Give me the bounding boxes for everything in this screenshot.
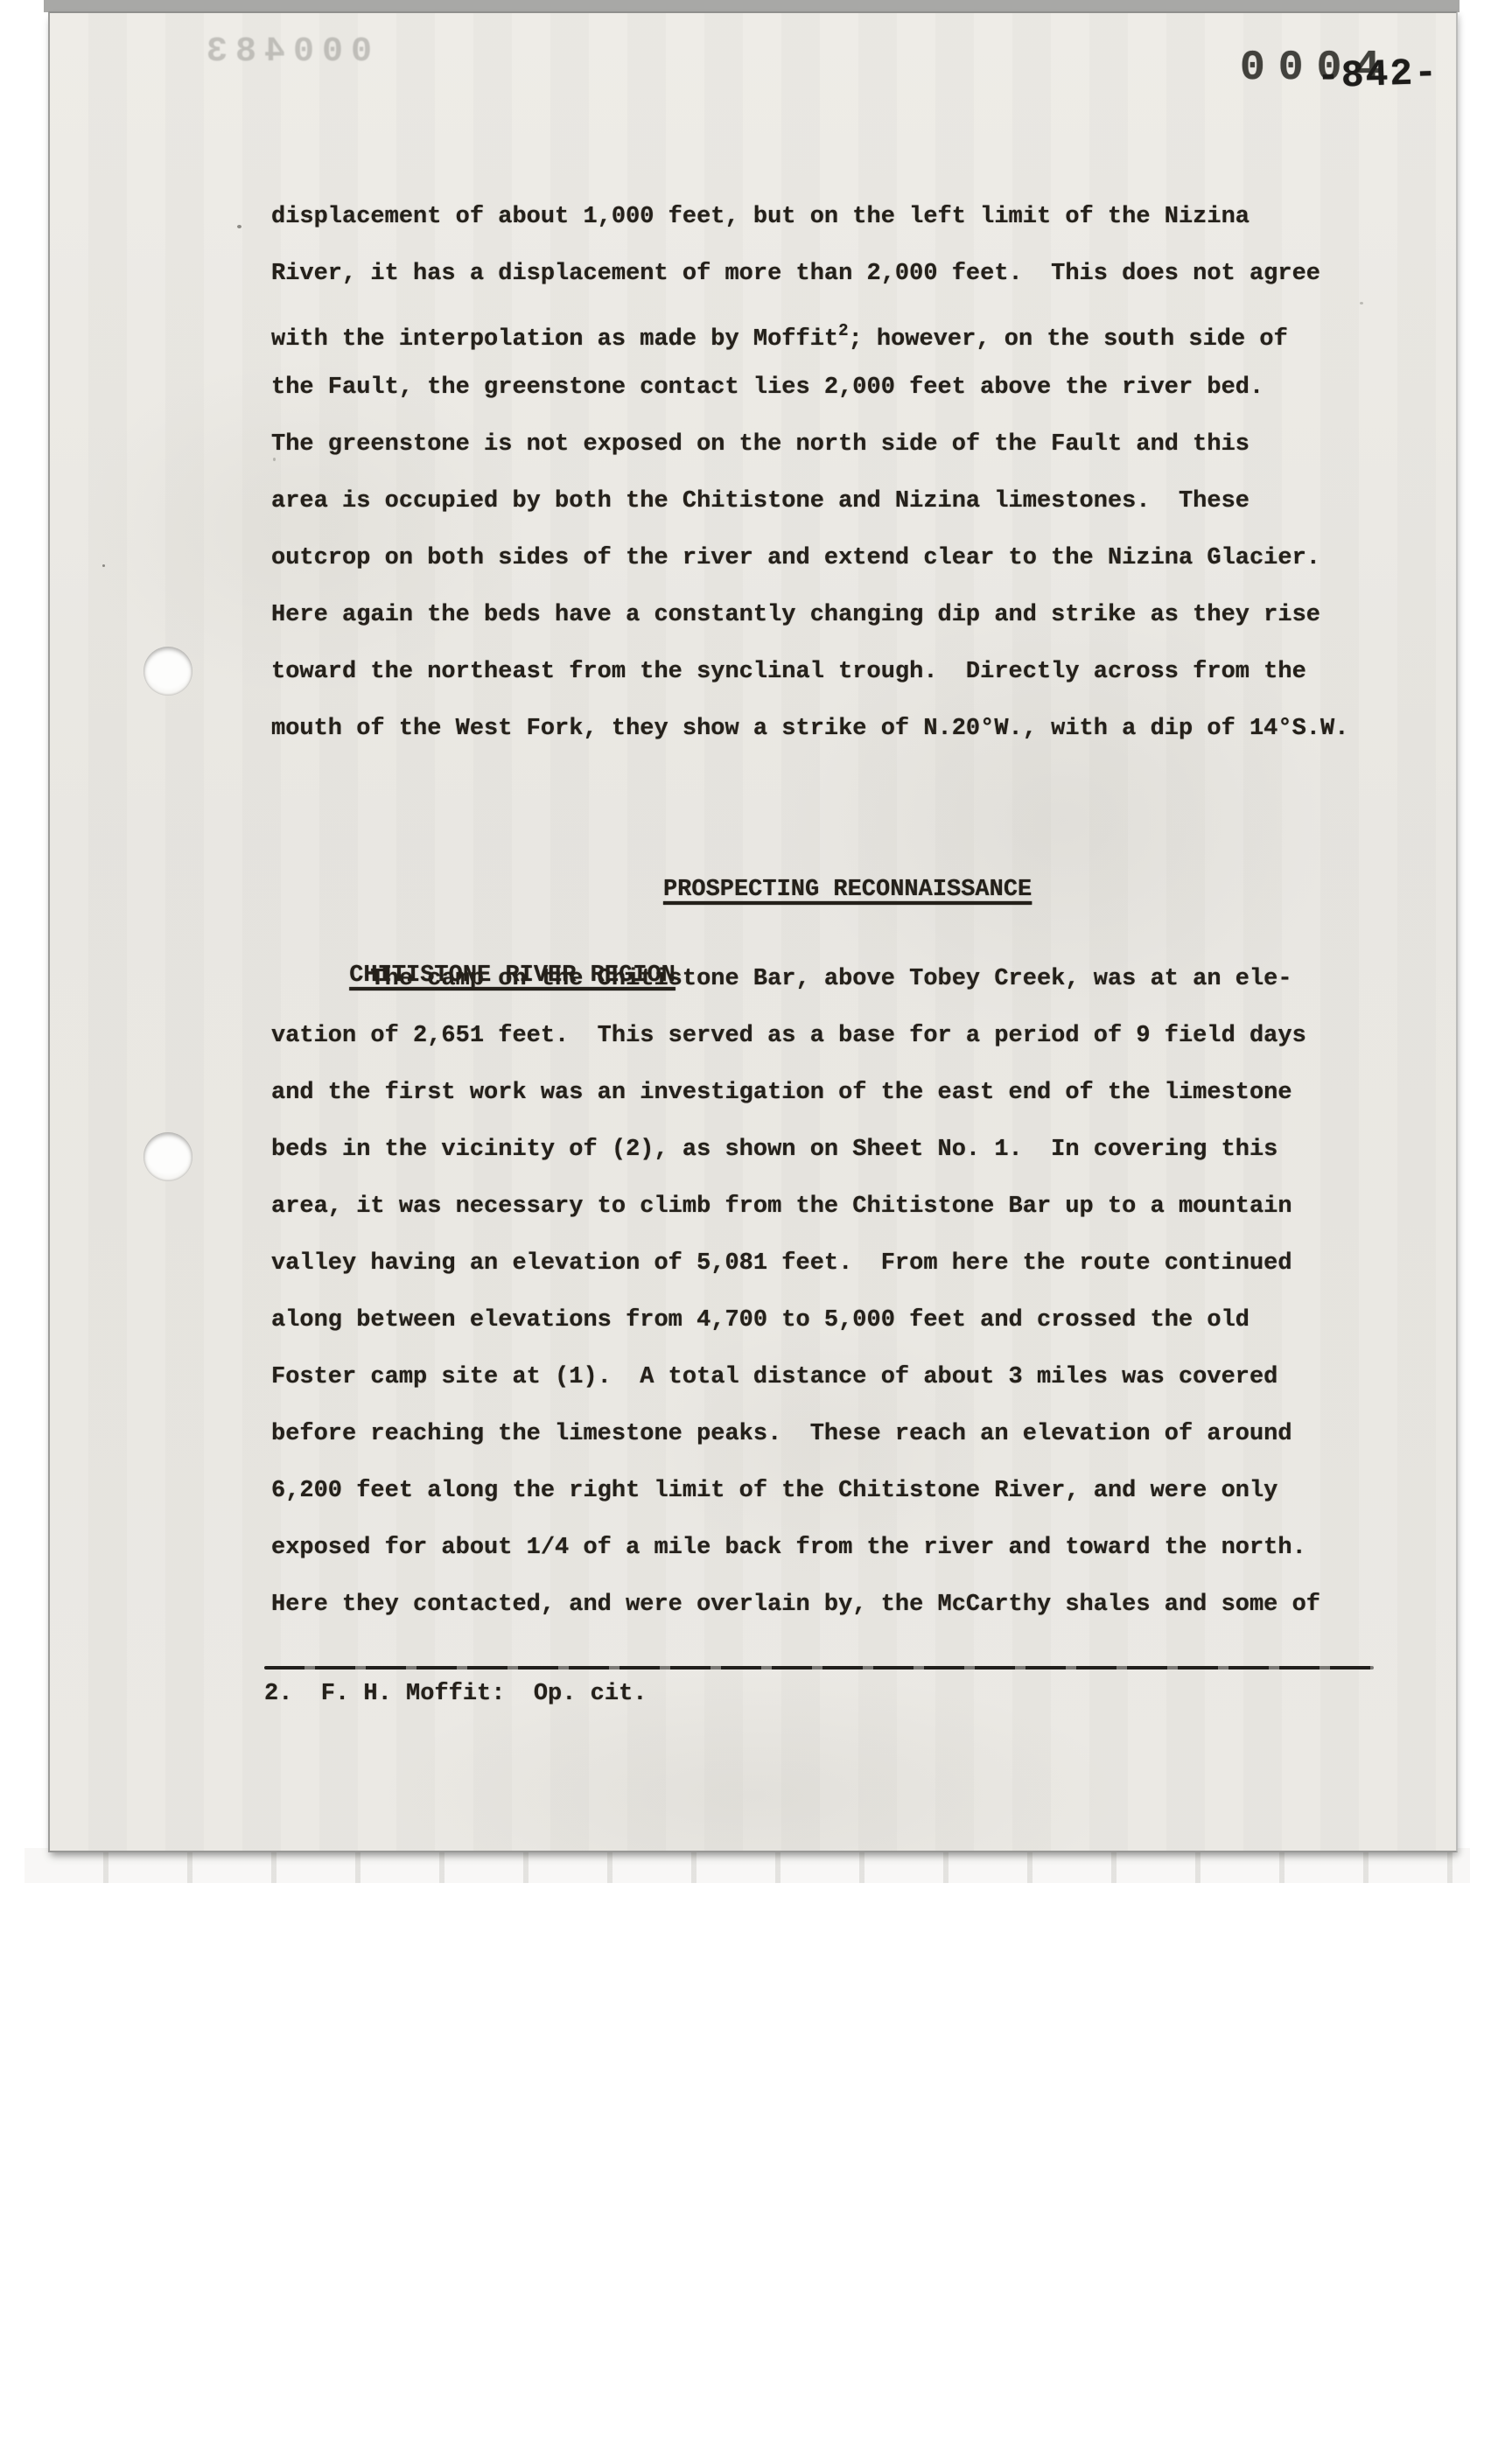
text-line: before reaching the limestone peaks. The… [271, 1406, 1400, 1463]
paragraph-2: The camp on the Chitistone Bar, above To… [271, 951, 1400, 1634]
section-heading-text: PROSPECTING RECONNAISSANCE [663, 877, 1032, 903]
dust-speck [102, 564, 105, 567]
text-line: River, it has a displacement of more tha… [271, 246, 1400, 303]
text-line: outcrop on both sides of the river and e… [271, 530, 1400, 587]
text-segment: ; however, on the south side of [849, 326, 1288, 353]
footnote-separator [264, 1666, 1374, 1669]
scanned-document: 000483 0004 -842- displacement of about … [0, 0, 1512, 2450]
text-line: 6,200 feet along the right limit of the … [271, 1463, 1400, 1520]
text-line: The greenstone is not exposed on the nor… [271, 416, 1400, 473]
text-line: Here they contacted, and were overlain b… [271, 1577, 1400, 1634]
footnote-reference-superscript: 2 [838, 321, 848, 340]
dust-speck [237, 225, 241, 228]
text-line: toward the northeast from the synclinal … [271, 644, 1400, 701]
text-line: Foster camp site at (1). A total distanc… [271, 1349, 1400, 1406]
paragraph-1: displacement of about 1,000 feet, but on… [271, 189, 1400, 758]
text-line: the Fault, the greenstone contact lies 2… [271, 360, 1400, 416]
text-line: exposed for about 1/4 of a mile back fro… [271, 1520, 1400, 1577]
text-line: vation of 2,651 feet. This served as a b… [271, 1008, 1400, 1065]
punch-hole-bottom [143, 1132, 192, 1181]
text-line: area, it was necessary to climb from the… [271, 1179, 1400, 1235]
scanner-edge-strip [44, 0, 1459, 12]
text-line: beds in the vicinity of (2), as shown on… [271, 1122, 1400, 1179]
scanned-page: 000483 0004 -842- displacement of about … [48, 11, 1458, 1852]
text-line: mouth of the West Fork, they show a stri… [271, 701, 1400, 758]
bleed-through-stamp: 000483 [199, 32, 372, 72]
text-line: area is occupied by both the Chitistone … [271, 473, 1400, 530]
section-heading: PROSPECTING RECONNAISSANCE [241, 805, 1369, 862]
text-line: Here again the beds have a constantly ch… [271, 587, 1400, 644]
text-line: with the interpolation as made by Moffit… [271, 303, 1400, 360]
dust-speck [273, 458, 276, 461]
text-segment: with the interpolation as made by Moffit [271, 326, 838, 353]
footnote: 2. F. H. Moffit: Op. cit. [264, 1676, 647, 1712]
punch-hole-top [143, 647, 192, 696]
subsection-heading: CHITISTONE RIVER REGION [264, 891, 675, 948]
text-line: valley having an elevation of 5,081 feet… [271, 1235, 1400, 1292]
text-line: The camp on the Chitistone Bar, above To… [271, 951, 1400, 1008]
text-line: along between elevations from 4,700 to 5… [271, 1292, 1400, 1349]
scanner-background-strip [24, 1848, 1470, 1883]
page-number: -842- [1316, 52, 1439, 99]
dust-speck [1360, 302, 1363, 304]
text-line: displacement of about 1,000 feet, but on… [271, 189, 1400, 246]
text-line: and the first work was an investigation … [271, 1065, 1400, 1122]
